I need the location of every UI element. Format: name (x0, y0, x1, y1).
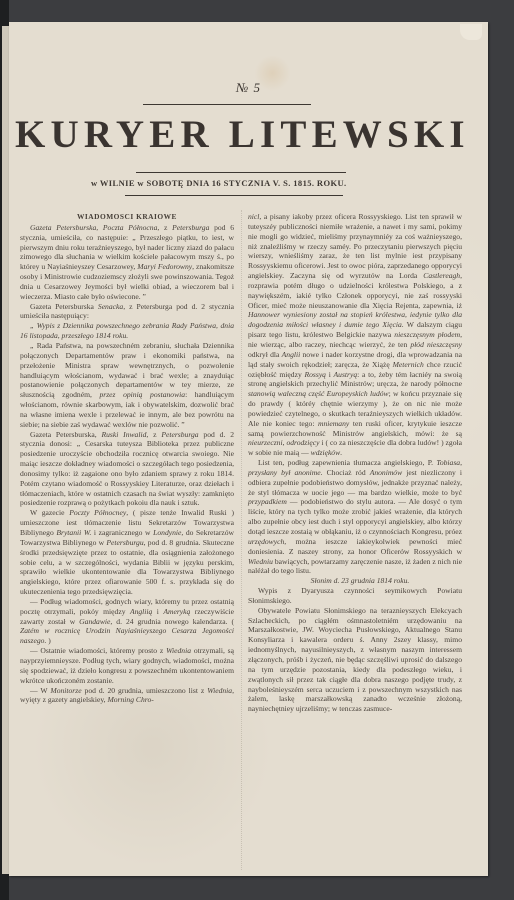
header-rule-top (143, 104, 311, 105)
italic-text: płód nieszczęsny (410, 340, 462, 349)
text-run: W gazecie (30, 508, 69, 517)
header-rule-bottom (125, 195, 343, 196)
text-run: . (340, 448, 342, 457)
italic-text: Wiednia (166, 646, 191, 655)
italic-text: Gazeta Petersburska, Poczta Północna (30, 223, 157, 232)
masthead-title: KURYER LITEWSKI (15, 112, 440, 157)
italic-text: Brytanii W. (56, 528, 91, 537)
right-column: nicl, a pisany iakoby przez oficera Ross… (248, 212, 462, 714)
text-run: , z (157, 223, 172, 232)
left-column-body: Gazeta Petersburska, Poczta Północna, z … (20, 223, 234, 705)
article-paragraph: — Podług wiadomości, godnych wiary, któr… (20, 597, 234, 646)
italic-text: Tobiasa (436, 458, 460, 467)
text-run: , z (146, 430, 161, 439)
column-divider (241, 210, 242, 870)
italic-text: Ruski Inwalid (101, 430, 146, 439)
italic-text: Rossyą (304, 370, 326, 379)
italic-text: Petersburga (161, 430, 198, 439)
right-column-body: nicl, a pisany iakoby przez oficera Ross… (248, 212, 462, 714)
article-paragraph: Gazeta Petersburska Senacka, z Petersbur… (20, 302, 234, 322)
article-paragraph: W gazecie Poczty Północney, ( pisze tenż… (20, 508, 234, 597)
text-run: — W (30, 686, 50, 695)
text-run: bawiących, powtarzamy zaręczenie nasze, … (248, 557, 462, 576)
italic-text: nieurzeczni (248, 438, 283, 447)
text-run: i (326, 370, 334, 379)
article-paragraph: Obywatele Powiatu Słonimskiego na terazn… (248, 606, 462, 714)
italic-text: Słonim d. 23 grudnia 1814 roku. (311, 576, 410, 585)
italic-text: Maryi Fedorowny (137, 262, 192, 271)
article-paragraph: — Ostatnie wiadomości, któremy prosto z … (20, 646, 234, 685)
article-paragraph: — W Monitorze pod d. 20 grudnia, umieszc… (20, 686, 234, 706)
italic-text: Poczty Północney (69, 508, 126, 517)
italic-text: Wiednia (207, 686, 232, 695)
article-paragraph: Gazeta Petersburska, Poczta Północna, z … (20, 223, 234, 302)
text-run: ) (46, 636, 50, 645)
text-run: — Ostatnie wiadomości, któremy prosto z (30, 646, 166, 655)
text-run: Wypis z Dyaryusza czynności seymikowych … (248, 586, 462, 605)
text-run: Gazeta Petersburska, (30, 430, 101, 439)
italic-text: urzędowych (248, 537, 284, 546)
italic-text: Monitorze (50, 686, 81, 695)
italic-text: Petersburga (172, 223, 209, 232)
text-run: szey klassy, mimo iednomyślnych, nayusil… (248, 635, 462, 713)
italic-text: odrodzięcy (286, 438, 319, 447)
newspaper-page: № 5 KURYER LITEWSKI w WILNIE w SOBOTĘ DN… (9, 22, 488, 876)
italic-text: przypadkiem (248, 497, 287, 506)
article-paragraph: nicl, a pisany iakoby przez oficera Ross… (248, 212, 462, 458)
article-paragraph: List ten, podług zapewnienia tłumacza an… (248, 458, 462, 576)
text-run: . Chociaż ród (321, 468, 370, 477)
italic-text: Ameryką (163, 607, 190, 616)
italic-text: Londynie (153, 528, 181, 537)
italic-text: przysłany był anonime (248, 468, 321, 477)
italic-text: nicl (248, 212, 259, 221)
italic-text: przez opinią postanowia (99, 390, 185, 399)
italic-text: Morning Chro- (107, 695, 153, 704)
italic-text: Meternich (393, 360, 424, 369)
italic-text: Austryą (334, 370, 358, 379)
header-rule-middle (136, 172, 346, 173)
text-run: , a pisany iakoby przez oficera Rossyysk… (248, 212, 462, 280)
italic-text: Castlereagh (423, 271, 460, 280)
italic-text: Zatém w rocznicę Urodzin Nayiaśnieyszego… (20, 626, 234, 645)
text-run: i zagranicznego w (91, 528, 153, 537)
text-run: pod d. 20 grudnia, umieszczono list z (82, 686, 208, 695)
dateline: w WILNIE w SOBOTĘ DNIA 16 STYCZNIA V. S.… (91, 178, 347, 188)
torn-corner (460, 24, 482, 40)
left-column: WIADOMOSCI KRAIOWE Gazeta Petersburska, … (20, 212, 234, 705)
text-run: List ten, podług zapewnienia tłumacza an… (258, 458, 436, 467)
italic-text: stanowią waleczną część Europeyskich lud… (248, 389, 389, 398)
italic-text: Petersburgu (106, 538, 143, 547)
signoff-line: Słonim d. 23 grudnia 1814 roku. (248, 576, 462, 586)
italic-text: Gandawie (79, 617, 110, 626)
article-paragraph: „ Rada Państwa, na powszechném zebraniu,… (20, 341, 234, 430)
italic-text: wdzięków (311, 448, 341, 457)
text-run: pod d. 2 stycznia donosi: „ Cesarska tut… (20, 430, 234, 508)
section-heading: WIADOMOSCI KRAIOWE (20, 212, 234, 222)
italic-text: mniemany (318, 419, 349, 428)
text-run: i (152, 607, 163, 616)
italic-text: Anonimów (370, 468, 403, 477)
article-paragraph: „ Wypis z Dziennika powszechnego zebrani… (20, 321, 234, 341)
article-paragraph: Wypis z Dyaryusza czynności seymikowych … (248, 586, 462, 606)
article-paragraph: Gazeta Petersburska, Ruski Inwalid, z Pe… (20, 430, 234, 509)
text-run: , d. 24 grudnia nowego kalendarza. ( (110, 617, 234, 626)
italic-text: Wiedniu (248, 557, 273, 566)
italic-text: Senacka (98, 302, 123, 311)
text-run: , (460, 458, 462, 467)
italic-text: Anglii (282, 350, 301, 359)
text-run: odkrył dla (248, 350, 282, 359)
italic-text: „ Wypis z Dziennika powszechnego zebrani… (20, 321, 234, 340)
issue-number: № 5 (9, 80, 488, 96)
italic-text: Angliią (130, 607, 152, 616)
text-run: Gazeta Petersburska (30, 302, 98, 311)
italic-text: nieszczęsnym płodem (394, 330, 460, 339)
